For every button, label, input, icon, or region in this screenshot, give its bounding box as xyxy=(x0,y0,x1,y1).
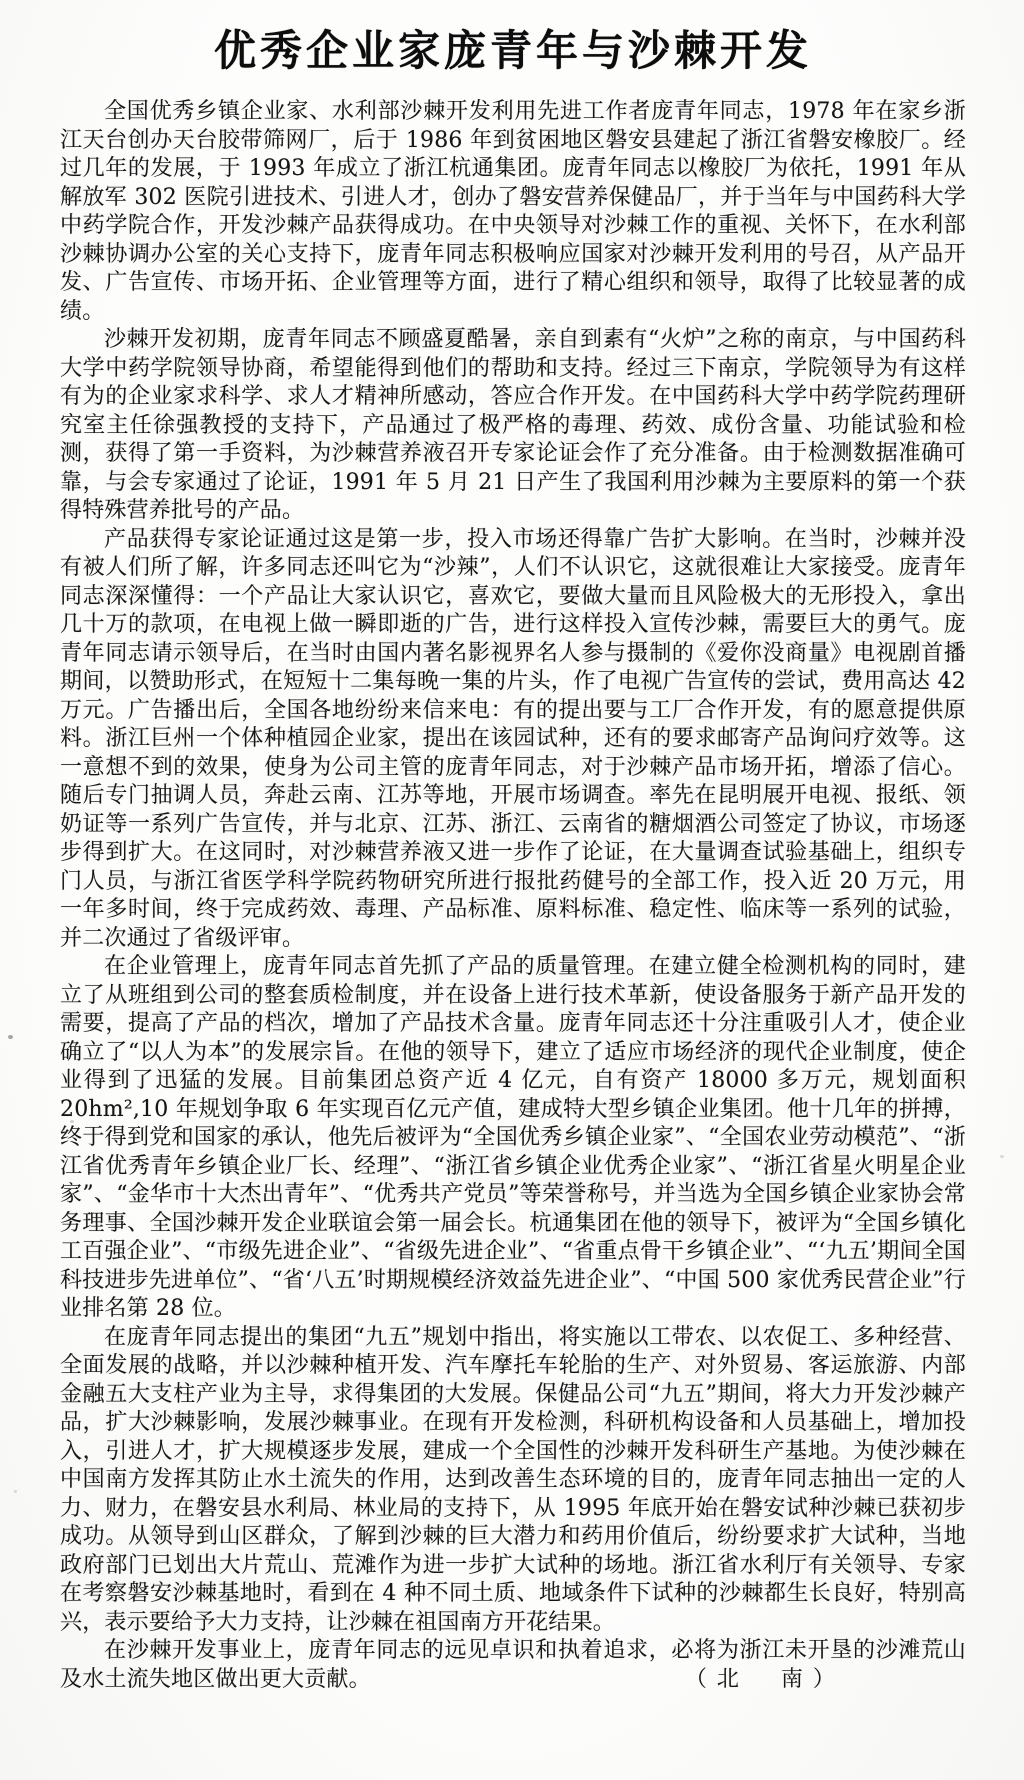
scan-speck xyxy=(70,1120,74,1123)
paragraph-nanjing-cooperation: 沙棘开发初期，庞青年同志不顾盛夏酷暑，亲自到素有“火炉”之称的南京，与中国药科大… xyxy=(60,326,966,526)
paragraph-intro: 全国优秀乡镇企业家、水利部沙棘开发利用先进工作者庞青年同志，1978 年在家乡浙… xyxy=(60,98,966,326)
paragraph-advertising-market: 产品获得专家论证通过这是第一步，投入市场还得靠广告扩大影响。在当时，沙棘并没有被… xyxy=(60,526,966,954)
scan-speck xyxy=(8,1035,13,1039)
scan-speck xyxy=(14,1490,17,1493)
document-title: 优秀企业家庞青年与沙棘开发 xyxy=(60,18,966,78)
scan-speck xyxy=(1000,1155,1004,1158)
paragraph-conclusion: 在沙棘开发事业上，庞青年同志的远见卓识和执着追求，必将为浙江未开垦的沙滩荒山及水… xyxy=(60,1637,966,1694)
author-signature: （北 南） xyxy=(641,1666,845,1695)
scanned-document-page: 优秀企业家庞青年与沙棘开发 全国优秀乡镇企业家、水利部沙棘开发利用先进工作者庞青… xyxy=(0,0,1024,1780)
paragraph-ninth-five-plan: 在庞青年同志提出的集团“九五”规划中指出，将实施以工带农、以农促工、多种经营、全… xyxy=(60,1324,966,1638)
article-body: 全国优秀乡镇企业家、水利部沙棘开发利用先进工作者庞青年同志，1978 年在家乡浙… xyxy=(60,98,966,1694)
paragraph-management-honors: 在企业管理上，庞青年同志首先抓了产品的质量管理。在建立健全检测机构的同时，建立了… xyxy=(60,953,966,1324)
